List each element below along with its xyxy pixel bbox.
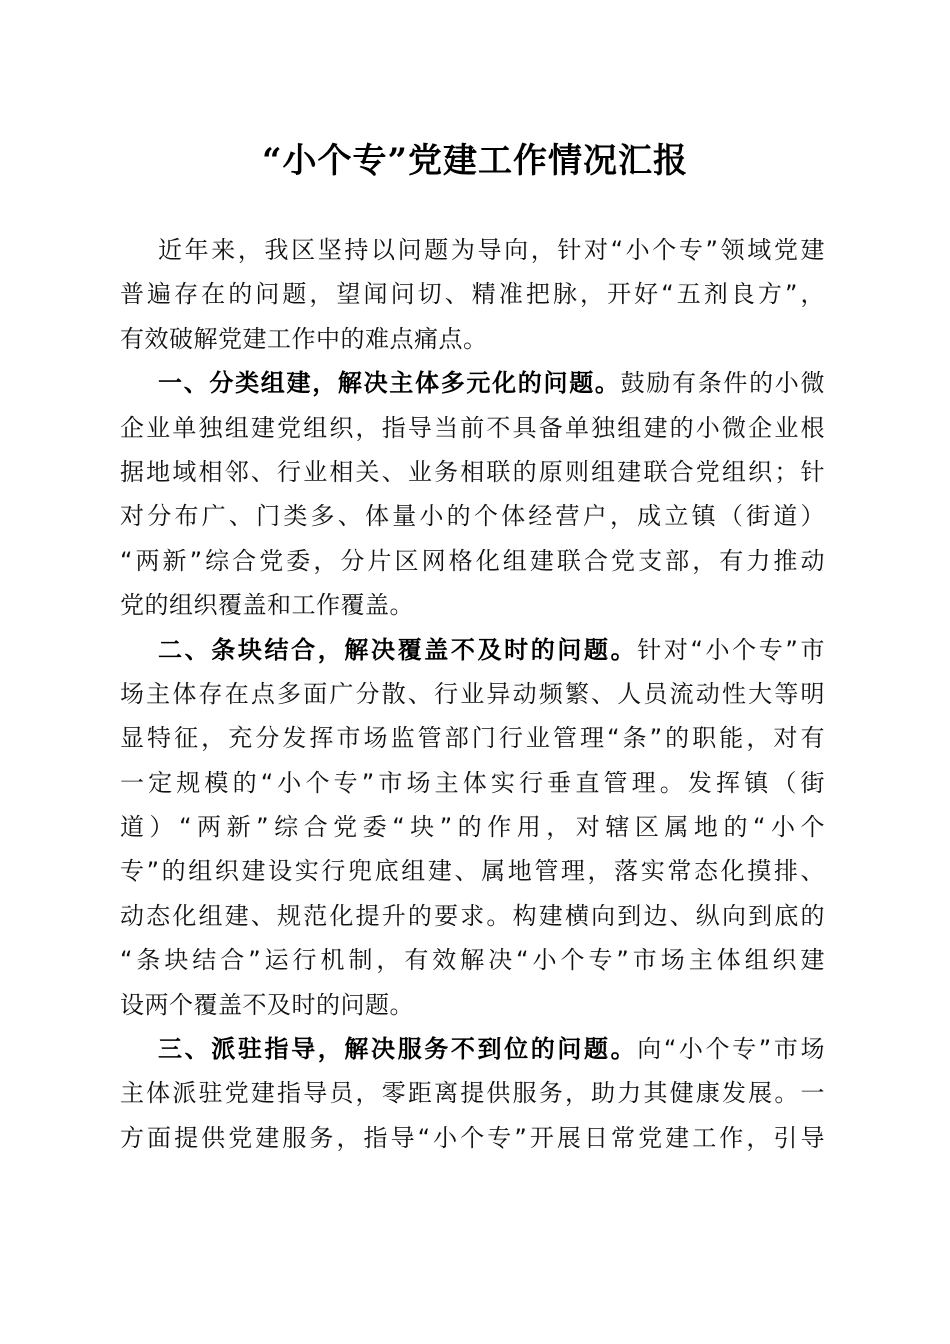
paragraph-line: 设两个覆盖不及时的问题。 xyxy=(120,983,825,1027)
paragraph-line: 显特征，充分发挥市场监管部门行业管理“条”的职能，对有 xyxy=(120,716,825,760)
paragraph-text: 向“小个专”市场 xyxy=(637,1035,825,1063)
document-page: “小个专”党建工作情况汇报 近年来，我区坚持以问题为导向，针对“小个专”领域党建… xyxy=(0,0,950,1344)
document-body: 近年来，我区坚持以问题为导向，针对“小个专”领域党建 普遍存在的问题，望闻问切、… xyxy=(120,228,825,1160)
paragraph-line: 场主体存在点多面广分散、行业异动频繁、人员流动性大等明 xyxy=(120,672,825,716)
paragraph-text: 鼓励有条件的小微 xyxy=(621,369,825,397)
paragraph-text: 针对“小个专”市 xyxy=(637,636,825,664)
section-heading: 三、派驻指导，解决服务不到位的问题。 xyxy=(158,1035,637,1063)
paragraph-line: 对分布广、门类多、体量小的个体经营户，成立镇（街道） xyxy=(120,494,825,538)
paragraph-line: 据地域相邻、行业相关、业务相联的原则组建联合党组织；针 xyxy=(120,450,825,494)
paragraph-line: 方面提供党建服务，指导“小个专”开展日常党建工作，引导 xyxy=(120,1116,825,1160)
document-title: “小个专”党建工作情况汇报 xyxy=(0,136,950,186)
paragraph-line: 有效破解党建工作中的难点痛点。 xyxy=(120,317,825,361)
section-heading: 一、分类组建，解决主体多元化的问题。 xyxy=(158,369,621,397)
paragraph-line: “两新”综合党委，分片区网格化组建联合党支部，有力推动 xyxy=(120,539,825,583)
section-heading-line: 二、条块结合，解决覆盖不及时的问题。针对“小个专”市 xyxy=(120,628,825,672)
paragraph-line: “条块结合”运行机制，有效解决“小个专”市场主体组织建 xyxy=(120,938,825,982)
paragraph-line: 党的组织覆盖和工作覆盖。 xyxy=(120,583,825,627)
paragraph-line: 一定规模的“小个专”市场主体实行垂直管理。发挥镇（街 xyxy=(120,761,825,805)
paragraph-line: 企业单独组建党组织，指导当前不具备单独组建的小微企业根 xyxy=(120,406,825,450)
paragraph-line: 动态化组建、规范化提升的要求。构建横向到边、纵向到底的 xyxy=(120,894,825,938)
paragraph-line: 普遍存在的问题，望闻问切、精准把脉，开好“五剂良方”， xyxy=(120,272,825,316)
section-heading-line: 一、分类组建，解决主体多元化的问题。鼓励有条件的小微 xyxy=(120,361,825,405)
section-heading-line: 三、派驻指导，解决服务不到位的问题。向“小个专”市场 xyxy=(120,1027,825,1071)
section-heading: 二、条块结合，解决覆盖不及时的问题。 xyxy=(158,636,637,664)
paragraph-line: 近年来，我区坚持以问题为导向，针对“小个专”领域党建 xyxy=(120,228,825,272)
paragraph-line: 道）“两新”综合党委“块”的作用，对辖区属地的“小个 xyxy=(120,805,825,849)
paragraph-line: 专”的组织建设实行兜底组建、属地管理，落实常态化摸排、 xyxy=(120,849,825,893)
paragraph-line: 主体派驻党建指导员，零距离提供服务，助力其健康发展。一 xyxy=(120,1071,825,1115)
